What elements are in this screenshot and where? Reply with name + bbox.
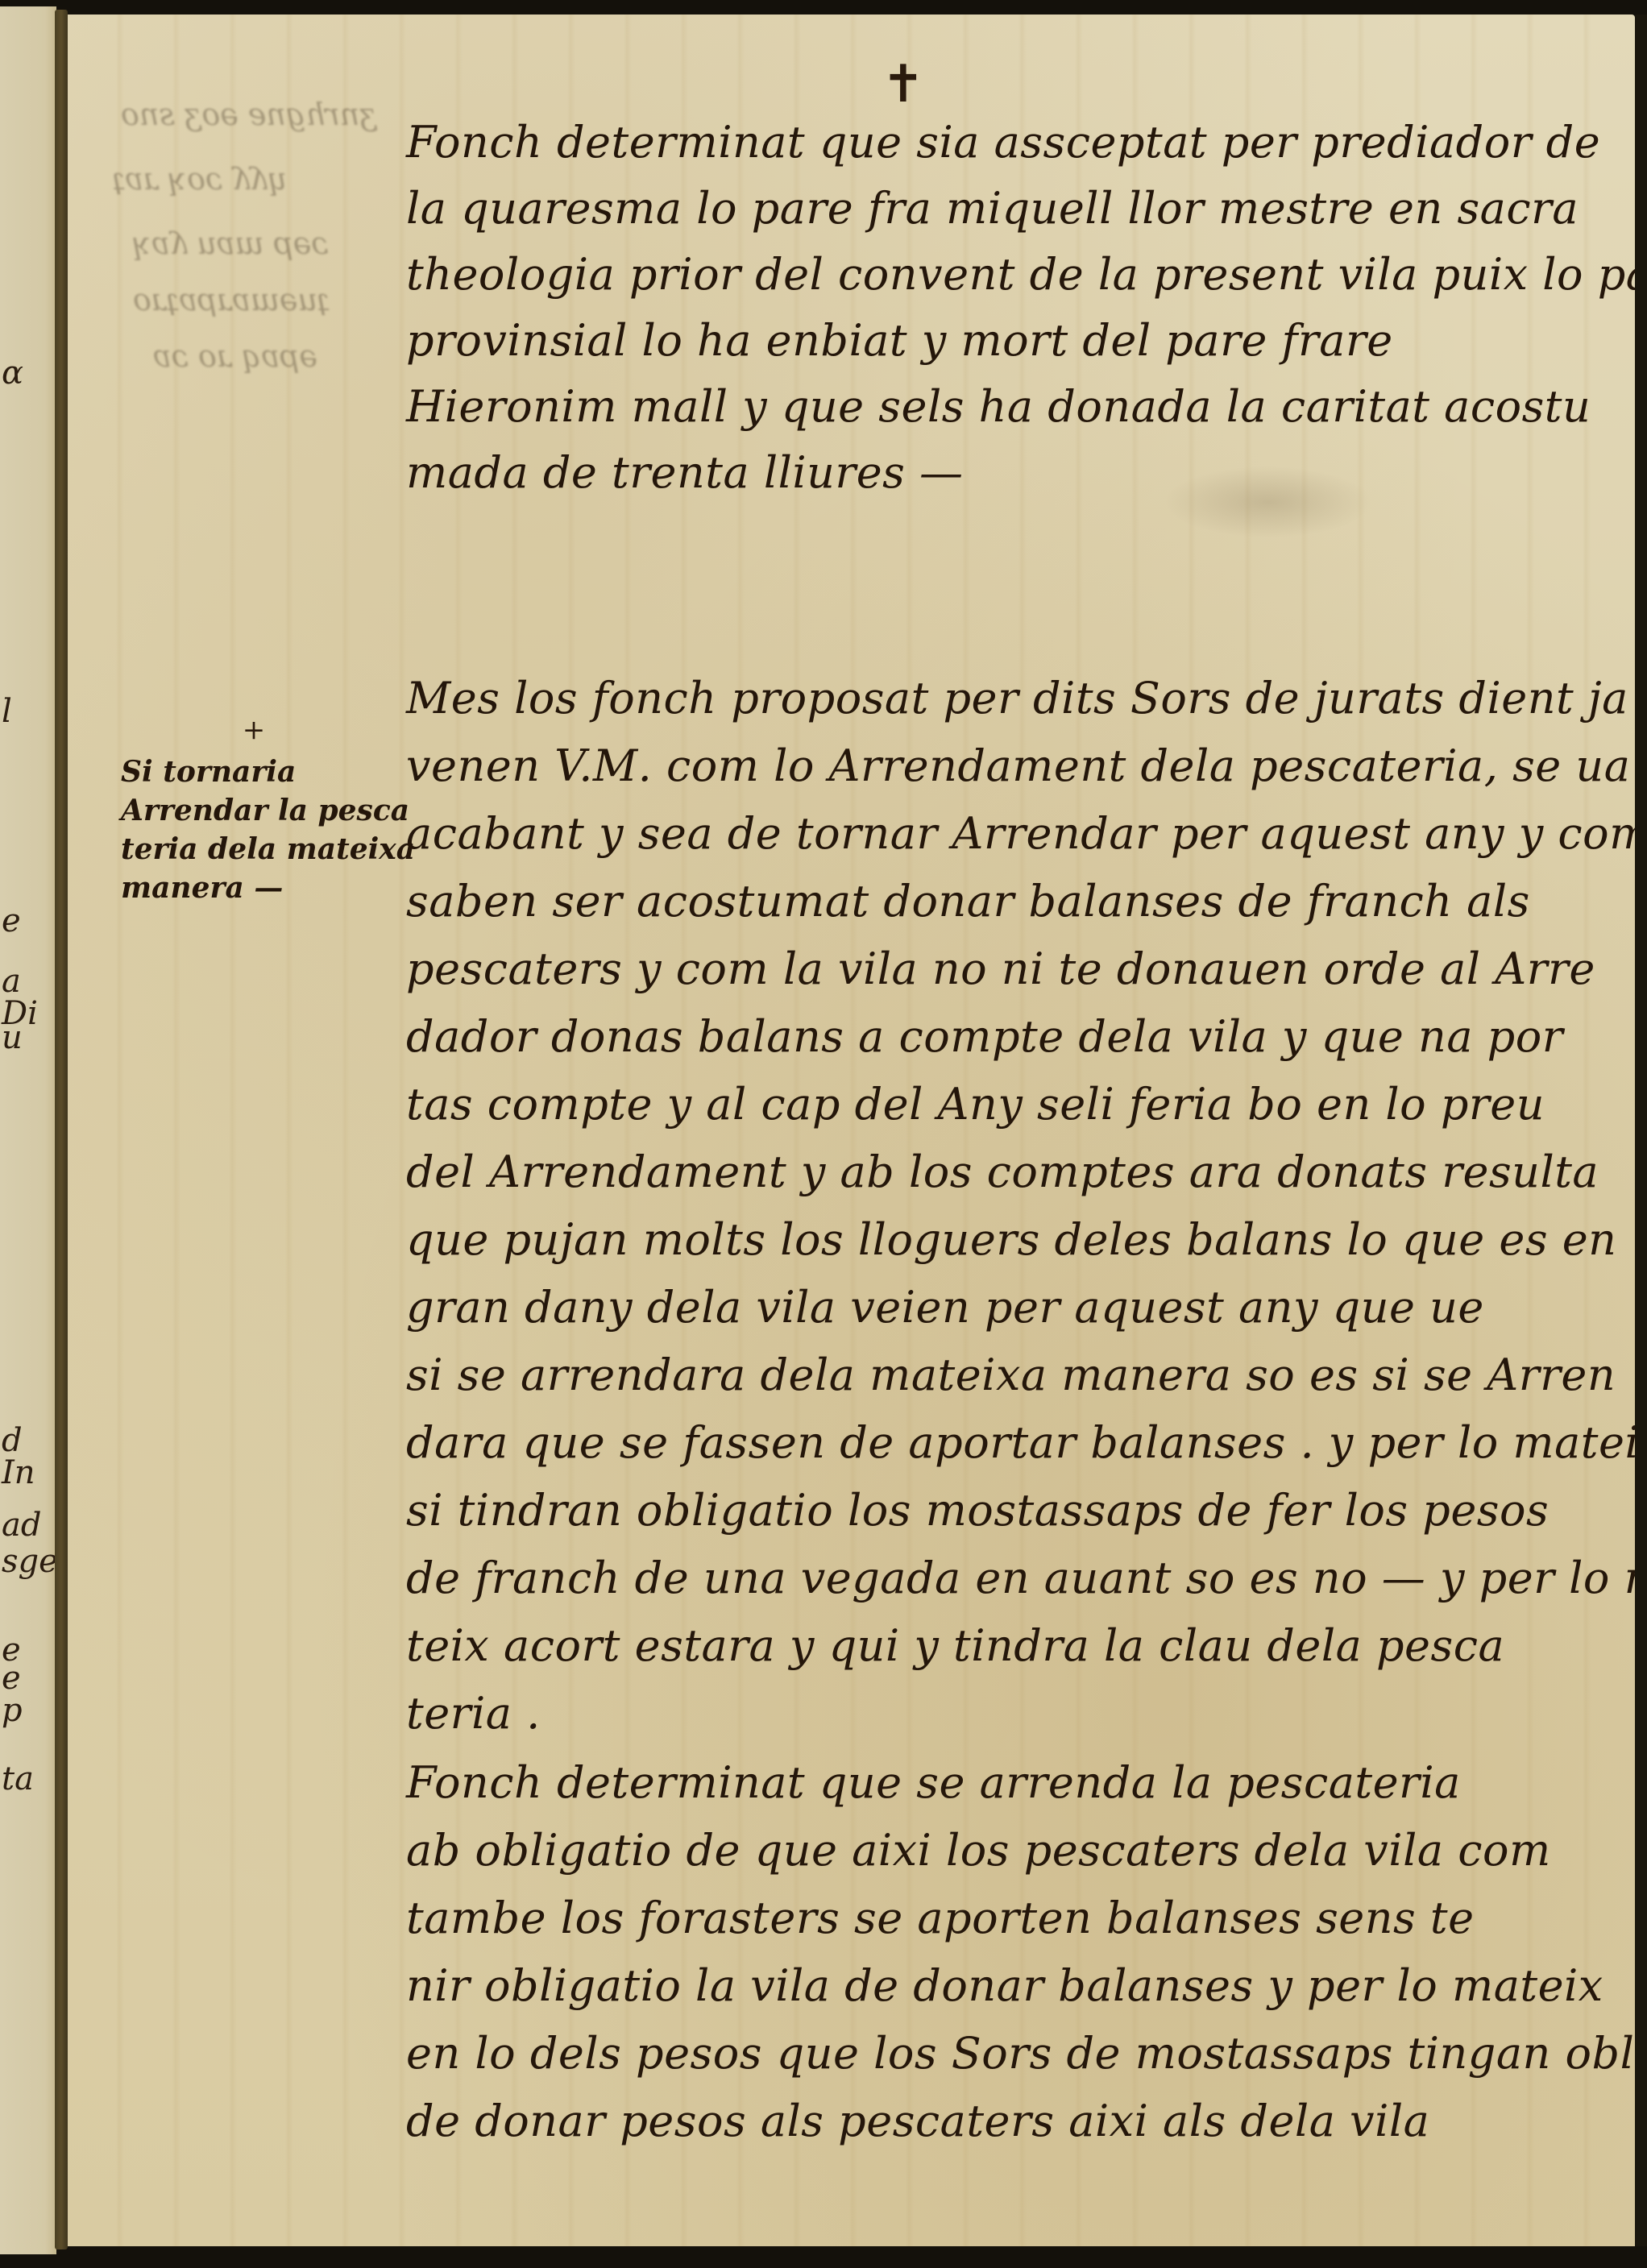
- entry-line: si tindran obligatio los mostassaps de f…: [406, 1489, 1647, 1532]
- entry-3: Fonch determinat que se arrenda la pesca…: [406, 1761, 1647, 2143]
- left-page-fragment: e: [2, 902, 21, 939]
- entry-line: Mes los fonch proposat per dits Sors de …: [406, 677, 1647, 720]
- left-page-fragment: ta: [2, 1760, 34, 1797]
- margin-note-line: Arrendar la pesca: [121, 791, 387, 830]
- entry-line: en lo dels pesos que los Sors de mostass…: [406, 2032, 1647, 2075]
- left-page-fragment: u: [2, 1019, 23, 1056]
- bleed-through-line: ǝpɐq ɹo ɔɐ: [153, 338, 317, 374]
- entry-line: saben ser acostumat donar balanses de fr…: [406, 880, 1647, 923]
- binding-gutter: [55, 10, 68, 2249]
- right-scan-border: [1635, 15, 1647, 2246]
- left-page-fragment: p: [2, 1692, 23, 1729]
- margin-note-line: manera —: [121, 869, 387, 907]
- left-page-fragment: In: [2, 1454, 35, 1491]
- left-page-fragments: ɑleaDiudInadsgeneepta: [2, 0, 55, 2268]
- entry-line: si se arrendara dela mateixa manera so e…: [406, 1354, 1647, 1397]
- bleed-through-line: ʒnrhgne ǝoʒ sno: [121, 97, 377, 132]
- entry-line: ab obligatio de que aixi los pescaters d…: [406, 1829, 1647, 1872]
- manuscript-page: ʒnrhgne ǝoʒ snoɥʎʎ ɔoʞ ɹɐʇɔǝp ɯɐu ʎɐʞʇuǝ…: [68, 15, 1635, 2246]
- entry-line: tas compte y al cap del Any seli feria b…: [406, 1083, 1647, 1126]
- manuscript-scan: ɑleaDiudInadsgeneepta ʒnrhgne ǝoʒ snoɥʎʎ…: [0, 0, 1647, 2268]
- entry-line: de franch de una vegada en auant so es n…: [406, 1557, 1647, 1600]
- entry-line: theologia prior del convent de la presen…: [406, 253, 1647, 296]
- entry-line: Fonch determinat que sia assceptat per p…: [406, 121, 1647, 164]
- entry-line: mada de trenta lliures —: [406, 451, 1647, 495]
- margin-note-line: Si tornaria: [121, 753, 387, 791]
- entry-1: Fonch determinat que sia assceptat per p…: [406, 121, 1647, 495]
- entry-line: dador donas balans a compte dela vila y …: [406, 1015, 1647, 1059]
- entry-line: tambe los forasters se aporten balanses …: [406, 1897, 1647, 1940]
- entry-line: que pujan molts los lloguers deles balan…: [406, 1218, 1647, 1262]
- entry-line: venen V.M. com lo Arrendament dela pesca…: [406, 744, 1647, 788]
- entry-2: Mes los fonch proposat per dits Sors de …: [406, 677, 1647, 1735]
- left-page-fragment: ɑ: [2, 355, 23, 392]
- margin-note-line: teria dela mateixa: [121, 830, 387, 869]
- bleed-through-line: ʇuǝɯɐɹpɐʇɹo: [133, 282, 330, 317]
- cross-header-mark: ✝: [882, 55, 925, 114]
- left-page-fragment: ad: [2, 1507, 41, 1544]
- entry-line: pescaters y com la vila no ni te donauen…: [406, 947, 1647, 991]
- entry-line: Hieronim mall y que sels ha donada la ca…: [406, 385, 1647, 429]
- entry-line: la quaresma lo pare fra miquell llor mes…: [406, 187, 1647, 230]
- entry-line: Fonch determinat que se arrenda la pesca…: [406, 1761, 1647, 1805]
- entry-line: teix acort estara y qui y tindra la clau…: [406, 1624, 1647, 1668]
- entry-line: gran dany dela vila veien per aquest any…: [406, 1286, 1647, 1329]
- left-page-fragment: l: [2, 693, 12, 730]
- entry-line: dara que se fassen de aportar balanses .…: [406, 1421, 1647, 1465]
- entry-line: acabant y sea de tornar Arrendar per aqu…: [406, 812, 1647, 856]
- cross-mark: +: [121, 714, 387, 746]
- entry-line: teria .: [406, 1692, 1647, 1735]
- entry-line: nir obligatio la vila de donar balanses …: [406, 1964, 1647, 2008]
- bleed-through-line: ɔǝp ɯɐu ʎɐʞ: [133, 226, 329, 261]
- margin-note: + Si tornaria Arrendar la pesca teria de…: [121, 714, 387, 907]
- entry-line: provinsial lo ha enbiat y mort del pare …: [406, 319, 1647, 363]
- bleed-through-line: ɥʎʎ ɔoʞ ɹɐʇ: [113, 161, 287, 197]
- entry-line: de donar pesos als pescaters aixi als de…: [406, 2100, 1647, 2143]
- entry-line: del Arrendament y ab los comptes ara don…: [406, 1151, 1647, 1194]
